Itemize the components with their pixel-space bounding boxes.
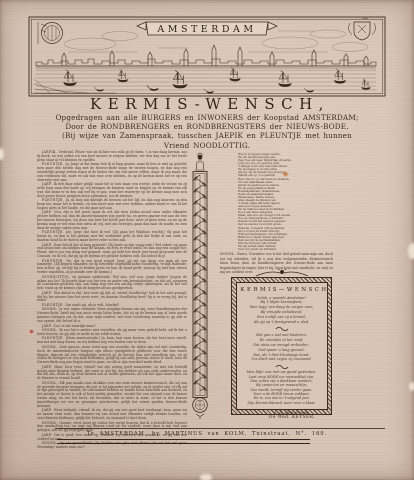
paper-mark	[30, 330, 33, 333]
dialogue-paragraph: NOODL.Zeer gaarne; maar eerst nog een wo…	[37, 346, 187, 365]
city-view-engraving: AMSTERDAM	[28, 16, 386, 97]
dialogue-text: Wat duivel is dat; hoe weet gij dat al, …	[37, 291, 187, 303]
dialogue-paragraph: JAEP.Ik heb daar zeker gelijk! maar het …	[37, 183, 187, 198]
dialogue-paragraph: NOODL.Elk jaar maakt onze drukker voor o…	[37, 382, 187, 409]
base-medallion	[193, 398, 208, 419]
dialogue-text: Zoo! is dat waarlijk waar?	[54, 324, 96, 328]
dialogue-paragraph: PLEUNTJE.Ja, ik loop mij dikwijls de bee…	[37, 199, 187, 211]
dialogue-paragraph: JAEP.Daar heb ik het al lang gewacht! (Z…	[37, 244, 187, 259]
dialogue-text: Nou, dat is wel goed, maar ik wil, dat m…	[37, 210, 187, 229]
dialogue-text: Ja, Jaep! al dat fraais heb ik al lang g…	[37, 162, 187, 181]
poem-stanza: Men blijv' ons met uw gunst gedenken,Laa…	[241, 370, 323, 405]
dialogue-paragraph: JAEP.Nou, dat is wel goed, maar ik wil, …	[37, 211, 187, 230]
water	[36, 74, 376, 90]
speaker-label: PLEUNTJE.	[42, 303, 65, 307]
speaker-label: NOODL.	[220, 252, 237, 256]
poem-box-inner: K E R M I S — W E N S C H. Geluk, o waar…	[236, 282, 328, 411]
skyline	[36, 45, 376, 70]
verse-column: Wie in vroegere dagen leefde, En om kerm…	[238, 153, 338, 251]
signature-block: U E. Dienaresse, De Wed. KEYSER.	[248, 410, 336, 421]
dialogue-text: Maar, hoor eens, vriend! wie zijn nering…	[37, 365, 187, 381]
verse-line: Voor uw gunst en mildheid.	[238, 248, 338, 251]
fleuron-divider-icon	[275, 364, 289, 369]
title-block: KERMIS-WENSCH, Opgedragen aan alle BURGE…	[0, 96, 414, 150]
poem-crest-icon	[254, 268, 310, 277]
dialogue-text: Verbruid, Pleun! wat zie ik hier een vol…	[37, 150, 187, 162]
paper-stain	[283, 172, 288, 176]
dialogue-text: Daar heb ik het al lang gewacht! (Zij ko…	[37, 243, 187, 259]
dialogue-text: Ik zou het u anders niet vertellen; als …	[37, 328, 187, 336]
banner-ribbon: AMSTERDAM	[137, 22, 277, 35]
poem-stanza: Het gaa u wel met kinderen,En vrienden i…	[241, 333, 323, 362]
imprint-rule-bottom	[57, 439, 310, 445]
poem-stanza: Geluk, o waarde Amstelaar!Bij 't blijde …	[241, 296, 323, 325]
broadsheet-page: AMSTERDAM	[0, 0, 414, 480]
paper-edge-nick	[408, 243, 414, 259]
dialogue-paragraph: NOODLOTTIG,en passant naderende. Wel nou…	[37, 276, 187, 291]
paper-edge-nick	[409, 382, 414, 391]
poem-stanzas: Geluk, o waarde Amstelaar!Bij 't blijde …	[241, 296, 323, 406]
dialogue-paragraph: PLEUNTJE.Jae, Jaep! dat hoor ik wel. (Zi…	[37, 231, 187, 243]
signature-name: De Wed. KEYSER.	[248, 415, 336, 420]
subtitle-line-2: Door de RONDBRENGERS en RONDBRENGSTERS d…	[0, 122, 414, 131]
dialogue-paragraph: JAEP.Wees bedankt, vriend! ik zie, dat g…	[37, 409, 187, 421]
dialogue-paragraph: JAEP.Wat duivel is dat; hoe weet gij dat…	[37, 292, 187, 304]
poem-line: Uw disch met zegen zij omzoomd.	[241, 357, 323, 362]
dialogue-paragraph: NOODL.Ja wel, mijne vrienden! Eene jeugd…	[37, 308, 187, 323]
imprint-rule-top	[55, 428, 385, 429]
dialogue-paragraph: PLEUNTJE.Nu, dat is een goed woord, Jaep…	[37, 260, 187, 275]
poem-ornamental-border: K E R M I S — W E N S C H. Geluk, o waar…	[231, 277, 332, 415]
page-title: KERMIS-WENSCH,	[0, 96, 414, 112]
ornamental-column	[189, 151, 211, 419]
speaker-label: JAEP.	[42, 324, 54, 328]
subtitle-line-1: Opgedragen aan alle BURGERS en INWONERS …	[0, 113, 414, 122]
coat-of-arms	[348, 18, 375, 40]
dialogue-paragraph: PLEUNTJE.Ja, Jaep! al dat fraais heb ik …	[37, 163, 187, 182]
poem-box-area: K E R M I S — W E N S C H. Geluk, o waar…	[231, 268, 332, 415]
dialogue-paragraph: JAEPIK.Verbruid, Pleun! wat zie ik hier …	[37, 151, 187, 163]
paper-edge-nick	[200, 474, 212, 480]
poem-line: Zijn Kermis-Wensch weer voor u klaar.	[241, 401, 323, 405]
dialogue-text: Ja wel, mijne vrienden! Eene jeugdige ke…	[37, 307, 187, 323]
ships	[63, 68, 371, 94]
banner-label: AMSTERDAM	[156, 24, 256, 35]
dialogue-text: Wees bedankt, vriend! ik zie, dat gij on…	[37, 408, 187, 420]
fleuron-divider-icon	[275, 326, 289, 331]
paper-edge-nick	[0, 148, 4, 160]
dialogue-column: JAEPIK.Verbruid, Pleun! wat zie ik hier …	[37, 151, 187, 451]
medallion-emblem	[38, 22, 63, 44]
dialogue-text: Ik heb daar zeker gelijk! maar het is to…	[37, 182, 187, 198]
imprint-line: Te AMSTERDAM, by MARTINUS van KOLM, Tuin…	[0, 431, 414, 437]
subtitle-line-4: Vriend NOODLOTTIG.	[0, 141, 414, 150]
subtitle-line-3: (Bij wijze van Zamenspraak, tusschen JAE…	[0, 131, 414, 140]
poem-title: K E R M I S — W E N S C H.	[241, 287, 323, 293]
poem-line: Als gij op 't feestgewoel u vleit.	[241, 320, 323, 325]
dialogue-paragraph: JAEP.Maar, hoor eens, vriend! wie zijn n…	[37, 366, 187, 381]
dialogue-text: Elk jaar maakt onze drukker voor ons een…	[37, 381, 187, 408]
dialogue-text: Zeer gaarne; maar eerst nog een woordje:…	[37, 345, 187, 364]
dialogue-text: Dat raadt gij, als je wilt, Manlief!	[65, 303, 119, 307]
